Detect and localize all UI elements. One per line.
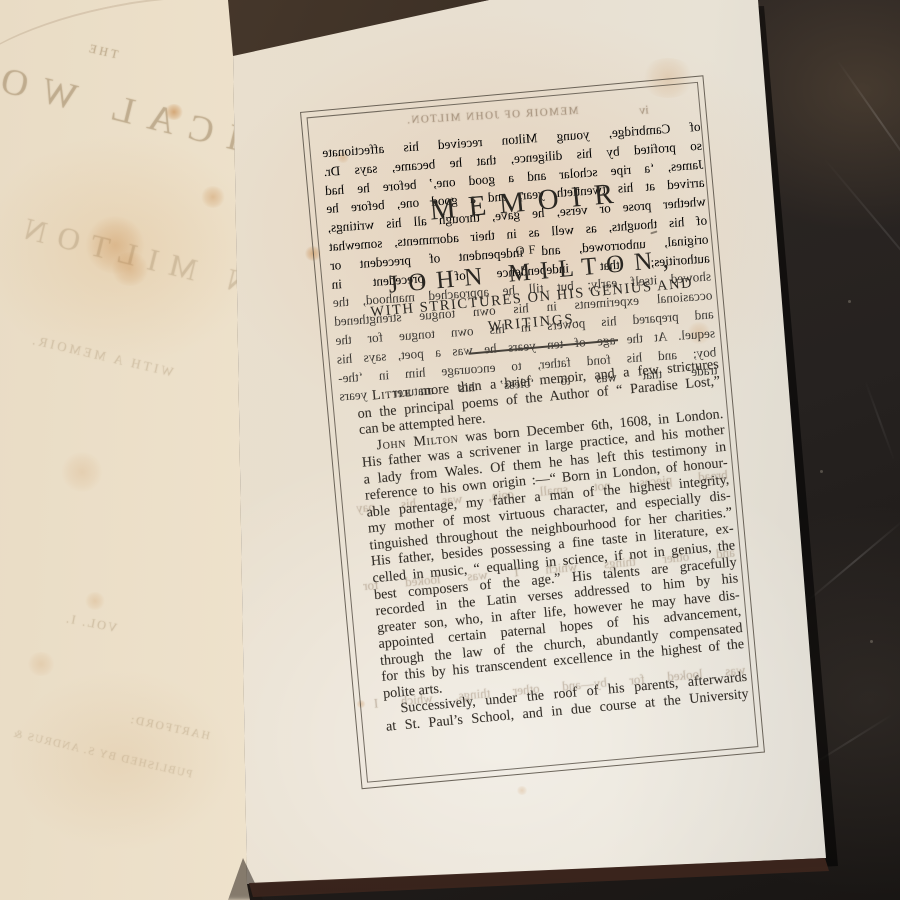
show-through-volume: VOL. I. xyxy=(63,611,118,636)
foxing-spot xyxy=(200,186,226,208)
show-through-memoir-line: WITH A MEMOIR. xyxy=(28,332,175,381)
show-through-imprint-publisher: PUBLISHED BY S. ANDRUS & xyxy=(11,727,193,780)
foxing-spot xyxy=(516,786,528,795)
foxing-spot xyxy=(84,592,106,610)
foxing-spot xyxy=(164,104,184,120)
show-through-page-number: iv xyxy=(639,102,650,118)
show-through-imprint-city: HARTFORD: xyxy=(128,714,211,743)
body-text: Little more than a brief memoir, and a f… xyxy=(355,356,749,735)
dust-speck xyxy=(848,300,851,303)
printed-area: MEMOIR OF JOHN MILTON. iv of Cambridge, … xyxy=(300,75,765,789)
dust-speck xyxy=(870,640,873,643)
foxing-spot xyxy=(26,652,56,676)
foxing-spot xyxy=(110,252,150,286)
book-photo: THE POETICAL WOR JOHN MILTON WITH A MEMO… xyxy=(0,0,900,900)
dust-speck xyxy=(820,470,823,473)
foxing-spot xyxy=(60,452,104,492)
